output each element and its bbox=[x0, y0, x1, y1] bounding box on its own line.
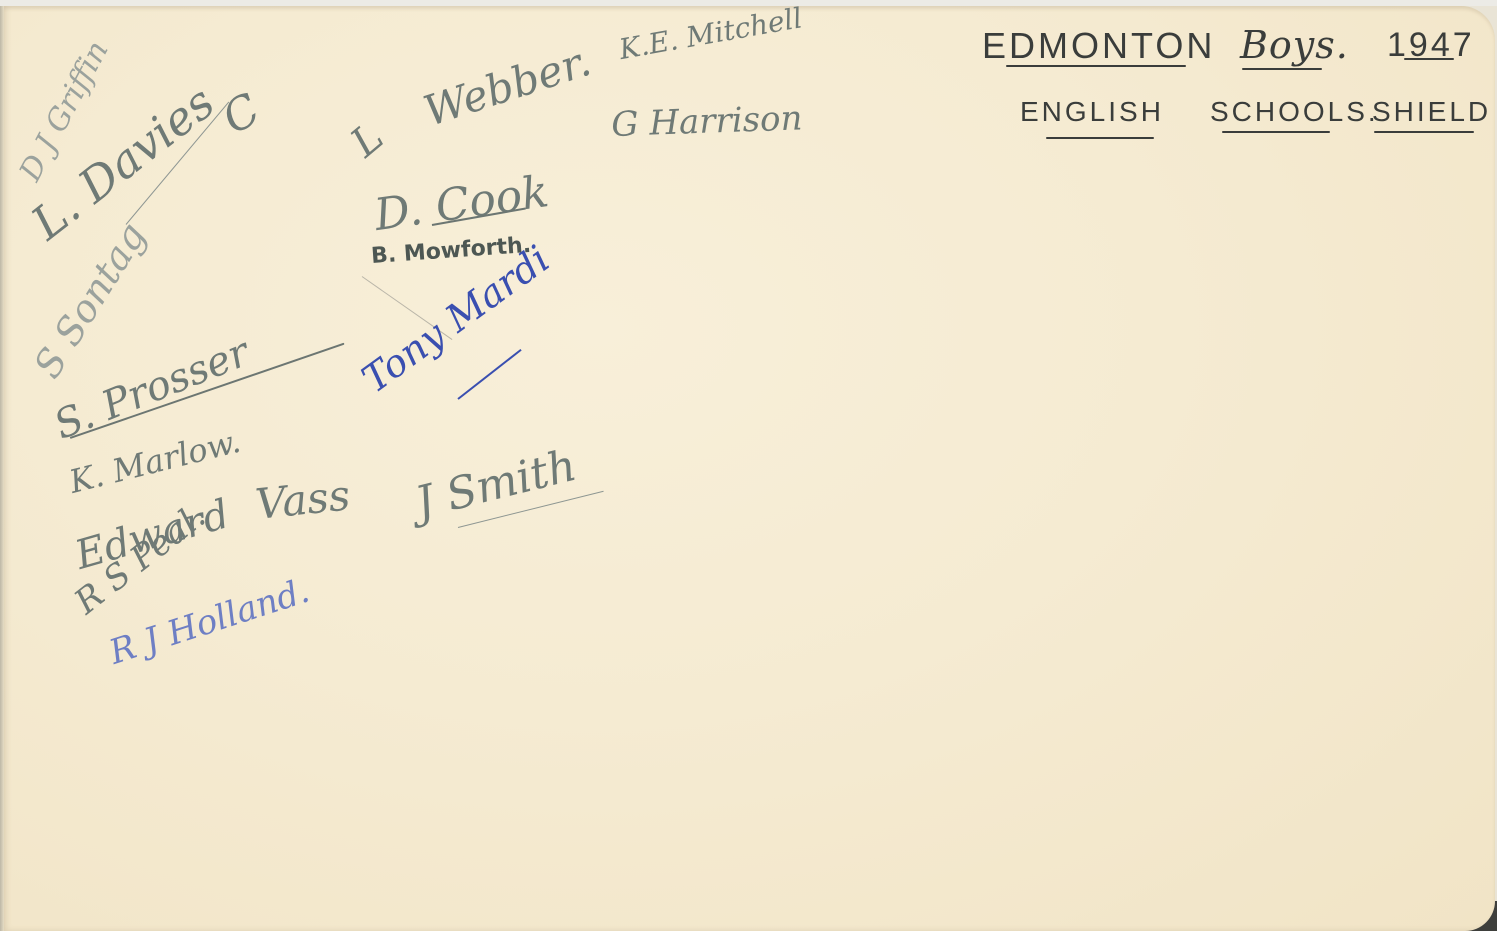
header-word-english: ENGLISH bbox=[1020, 98, 1164, 126]
signature-smith: J Smith bbox=[411, 444, 580, 526]
signature-davies-mark: C bbox=[216, 87, 267, 142]
signature-sontag: S Sontag bbox=[28, 217, 152, 384]
header-word-shield: SHIELD bbox=[1372, 98, 1491, 126]
album-page-photo: EDMONTON Boys. 1947 ENGLISH SCHOOLS. SHI… bbox=[0, 0, 1497, 931]
signature-cook: D. Cook bbox=[372, 170, 551, 238]
header-underline-team bbox=[1006, 65, 1186, 67]
mardi-underline bbox=[457, 349, 521, 400]
binding-edge bbox=[0, 6, 4, 931]
header-team: EDMONTON bbox=[982, 28, 1215, 64]
signature-webber: Webber. bbox=[419, 40, 596, 133]
signature-holland: R J Holland. bbox=[105, 574, 313, 670]
header-underline-schools bbox=[1222, 131, 1330, 133]
signature-harrison: G Harrison bbox=[611, 101, 803, 142]
signature-webber-initial: L bbox=[344, 116, 390, 164]
header-underline-boys bbox=[1242, 68, 1322, 70]
autograph-page: EDMONTON Boys. 1947 ENGLISH SCHOOLS. SHI… bbox=[2, 6, 1495, 931]
header-category: Boys. bbox=[1240, 26, 1349, 64]
signature-mitchell: K.E. Mitchell bbox=[617, 6, 804, 64]
header-word-schools: SCHOOLS. bbox=[1210, 98, 1379, 126]
header-underline-year bbox=[1404, 58, 1454, 60]
signature-vass: Vass bbox=[254, 474, 352, 526]
header-underline-english bbox=[1046, 137, 1154, 139]
header-underline-shield bbox=[1374, 131, 1474, 133]
header-year: 1947 bbox=[1387, 28, 1475, 62]
